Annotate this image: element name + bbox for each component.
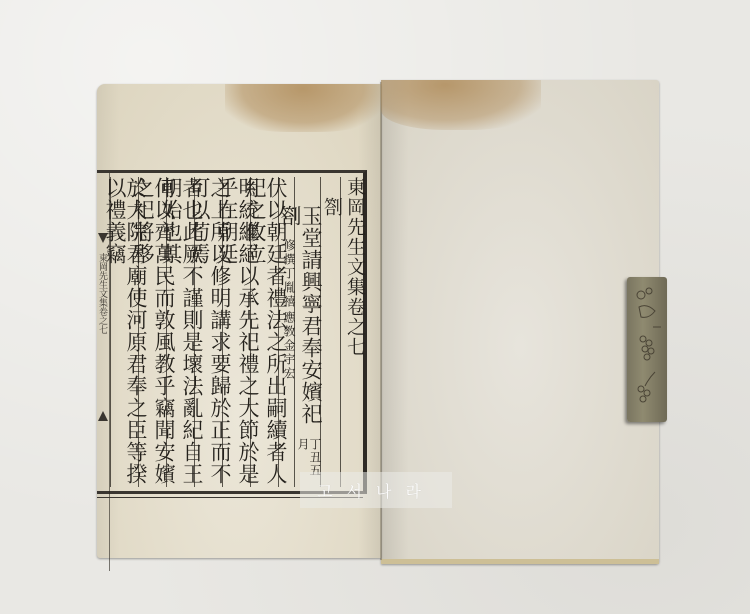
bookmark bbox=[627, 277, 667, 422]
volume-title: 東岡先生文集卷之七 bbox=[345, 177, 364, 357]
watermark: 고서나라 bbox=[300, 472, 452, 508]
subsection-title-column: 玉堂請興寧君奉安嬪祀劄 丁丑五月 bbox=[294, 177, 321, 487]
page-edge bbox=[381, 559, 659, 564]
grape-vine-engraving-icon bbox=[627, 277, 667, 422]
section-heading: 劄 bbox=[322, 197, 341, 217]
water-stain bbox=[381, 80, 541, 130]
section-heading-column: 劄 bbox=[320, 177, 341, 487]
text-column: 伏以朝廷者禮法之所出嗣續者人紀之攸立 bbox=[250, 177, 279, 487]
volume-title-column: 東岡先生文集卷之七 bbox=[340, 177, 364, 487]
subsection-title: 玉堂請興寧君奉安嬪祀劄 bbox=[279, 205, 321, 434]
water-stain bbox=[225, 84, 381, 132]
woodblock-print-frame: 東岡先生文集卷之七 於大院君廟使河原君奉之臣等揆以禮義竊 何以齊萬民而敦風教乎竊… bbox=[97, 170, 367, 494]
open-book-photo: 東岡先生文集卷之七 於大院君廟使河原君奉之臣等揆以禮義竊 何以齊萬民而敦風教乎竊… bbox=[0, 0, 750, 614]
